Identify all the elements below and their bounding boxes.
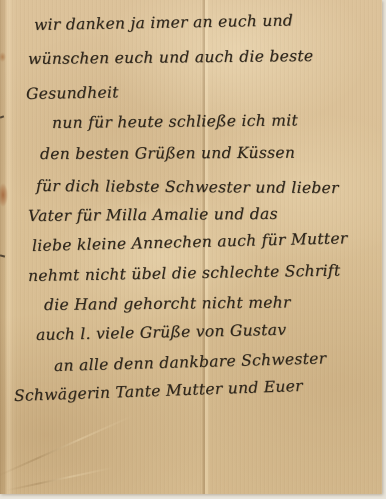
handwriting-line: den besten Grüßen und Küssen (40, 144, 295, 163)
handwriting-line: wünschen euch und auch die beste (28, 47, 314, 68)
handwriting-line: für dich liebste Schwester und lieber (36, 177, 339, 197)
handwriting-line: an alle denn dankbare Schwester (54, 349, 327, 375)
letter-body: wir danken ja imer an euch und wünschen … (0, 0, 382, 494)
handwriting-line: nehmt nicht übel die schlechte Schrift (28, 262, 341, 285)
handwriting-line: Schwägerin Tante Mutter und Euer (14, 377, 303, 405)
letter-scan: wir danken ja imer an euch und wünschen … (0, 0, 386, 499)
handwriting-line: Vater für Milla Amalie und das (28, 205, 278, 225)
handwriting-line: die Hand gehorcht nicht mehr (44, 293, 291, 314)
handwriting-line: liebe kleine Annechen auch für Mutter (32, 229, 348, 255)
letter-page: wir danken ja imer an euch und wünschen … (0, 0, 382, 494)
handwriting-line: auch l. viele Grüße von Gustav (36, 321, 287, 344)
handwriting-line: wir danken ja imer an euch und (34, 11, 293, 34)
handwriting-line: nun für heute schließe ich mit (52, 111, 298, 132)
handwriting-line: Gesundheit (26, 83, 119, 103)
